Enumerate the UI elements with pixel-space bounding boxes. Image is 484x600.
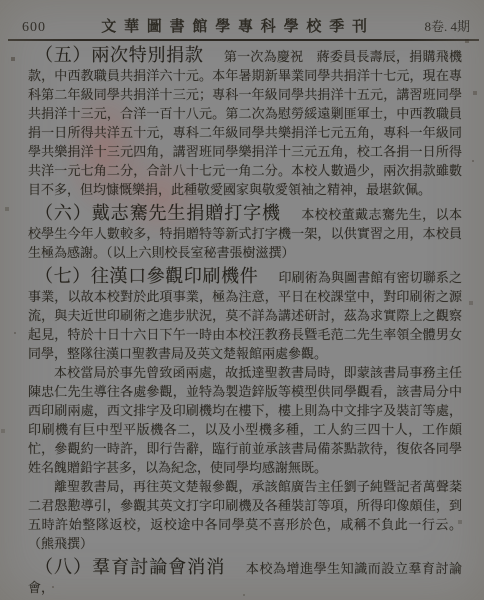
header-rule bbox=[8, 39, 479, 41]
section-7: （七）往漢口參觀印刷機件印刷術為與圖書館有密切聯系之事業，以故本校對於此項事業，… bbox=[28, 267, 462, 363]
section-7-paragraph: 本校當局於事先曾致函兩處，故抵達聖教書局時，即蒙該書局事務主任陳忠仁先生導往各處… bbox=[28, 363, 462, 477]
section-8-heading: （八）羣育討論會消消 bbox=[35, 557, 225, 577]
page-number: 600 bbox=[22, 20, 84, 36]
journal-page: 600 文華圖書館學專科學校季刊 8卷. 4期 （五）兩次特別捐款第一次為慶祝 … bbox=[0, 0, 484, 600]
journal-title: 文華圖書館學專科學校季刊 bbox=[84, 15, 392, 36]
page-header: 600 文華圖書館學專科學校季刊 8卷. 4期 bbox=[0, 15, 484, 36]
section-7-paragraph: 離聖教書局，再往英文楚報參觀，承該館廣告主任劉子純曁記者萬聲棻二君慇懃導引，參觀… bbox=[28, 477, 462, 553]
section-7-heading: （七）往漢口參觀印刷機件 bbox=[35, 266, 258, 286]
paper-speckles bbox=[0, 0, 2, 2]
issue-number: 8卷. 4期 bbox=[392, 16, 470, 35]
section-6-heading: （六）戴志騫先生捐贈打字機 bbox=[35, 203, 281, 223]
section-6: （六）戴志騫先生捐贈打字機本校校董戴志騫先生，以本校學生今年人數較多，特捐贈特等… bbox=[28, 204, 462, 262]
section-5-heading: （五）兩次特別捐款 bbox=[35, 45, 204, 65]
section-8: （八）羣育討論會消消本校為增進學生知識而設立羣育討論會， bbox=[28, 558, 462, 597]
page-body: （五）兩次特別捐款第一次為慶祝 蔣委員長壽辰，捐購飛機款，中西教職員共捐洋六十元… bbox=[28, 46, 462, 600]
section-5: （五）兩次特別捐款第一次為慶祝 蔣委員長壽辰，捐購飛機款，中西教職員共捐洋六十元… bbox=[28, 46, 462, 199]
section-5-text: 第一次為慶祝 蔣委員長壽辰，捐購飛機款，中西教職員共捐洋六十元。本年暑期新畢業同… bbox=[28, 49, 462, 197]
